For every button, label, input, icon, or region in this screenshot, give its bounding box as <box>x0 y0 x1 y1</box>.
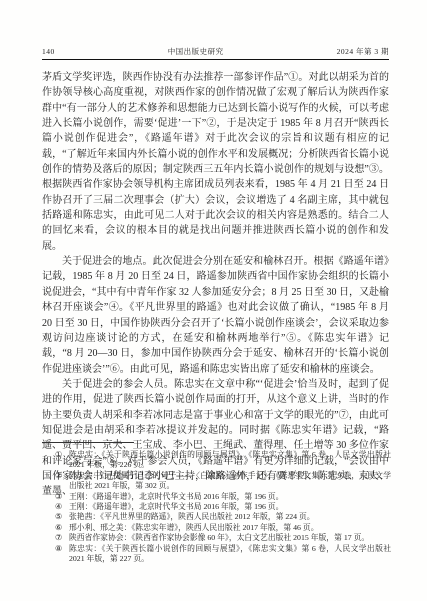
footnote: ⑤张艳茜：《平凡世界里的路遥》，陕西人民出版社 2012 年版，第 224 页。 <box>55 512 391 522</box>
running-head: 140 中国出版史研究 2024 年第 3 期 <box>42 46 389 57</box>
footnote-marker: ⑤ <box>55 512 62 522</box>
footnote-text: 张艳茜：《平凡世界里的路遥》，陕西人民出版社 2012 年版，第 224 页。 <box>69 512 315 521</box>
footnote-text: 陈忠实：《关于陕西长篇小说创作的回顾与展望》，《陈忠实文集》第 6 卷，人民文学… <box>69 544 391 563</box>
footnote-marker: ⑥ <box>55 523 62 533</box>
footnote-marker: ④ <box>55 502 62 512</box>
footnote-marker: ① <box>55 450 62 460</box>
footnote-text: 王刚：《路遥年谱》，北京时代华文书局 2016 年版，第 196 页。 <box>69 492 283 501</box>
footnote-text: 陈忠实：《寻找属于自己的句子——〈白鹿原〉创作手记》，《陈忠实文集》第 9 卷，… <box>69 471 391 490</box>
article-body: 茅盾文学奖评选，陕西作协没有办法推荐一部参评作品”①。对此以胡采为首的作协领导核… <box>42 70 389 500</box>
footnote-text: 王刚：《路遥年谱》，北京时代华文书局 2016 年版，第 196 页。 <box>69 502 283 511</box>
footnote-text: 陈忠实：《关于陕西长篇小说创作的回顾与展望》，《陈忠实文集》第 6 卷，人民文学… <box>69 450 391 469</box>
paragraph: 茅盾文学奖评选，陕西作协没有办法推荐一部参评作品”①。对此以胡采为首的作协领导核… <box>42 70 389 254</box>
footnote: ⑦陕西省作家协会：《陕西省作家协会影像 60 年》，太白文艺出版社 2015 年… <box>55 533 391 543</box>
footnote-marker: ③ <box>55 492 62 502</box>
footnote: ④王刚：《路遥年谱》，北京时代华文书局 2016 年版，第 196 页。 <box>55 502 391 512</box>
footnote: ①陈忠实：《关于陕西长篇小说创作的回顾与展望》，《陈忠实文集》第 6 卷，人民文… <box>55 450 391 471</box>
footnote-marker: ② <box>55 471 62 481</box>
footnotes: ①陈忠实：《关于陕西长篇小说创作的回顾与展望》，《陈忠实文集》第 6 卷，人民文… <box>55 450 391 564</box>
page-number: 140 <box>42 47 55 56</box>
footnote-marker: ⑦ <box>55 533 62 543</box>
footnote-separator <box>42 442 134 443</box>
footnote: ②陈忠实：《寻找属于自己的句子——〈白鹿原〉创作手记》，《陈忠实文集》第 9 卷… <box>55 471 391 492</box>
footnote-marker: ⑧ <box>55 544 62 554</box>
paragraph: 关于促进会的地点。此次促进会分别在延安和榆林召开。根据《路遥年谱》记载，1985… <box>42 254 389 377</box>
header-rule <box>42 59 389 60</box>
issue-info: 2024 年第 3 期 <box>337 46 389 57</box>
footnote-text: 邢小利、邢之美：《陈忠实年谱》，陕西人民出版社 2017 年版，第 46 页。 <box>69 523 319 532</box>
journal-page: 140 中国出版史研究 2024 年第 3 期 茅盾文学奖评选，陕西作协没有办法… <box>0 0 427 601</box>
footnote: ③王刚：《路遥年谱》，北京时代华文书局 2016 年版，第 196 页。 <box>55 492 391 502</box>
footnote-text: 陕西省作家协会：《陕西省作家协会影像 60 年》，太白文艺出版社 2015 年版… <box>69 533 369 542</box>
footnote: ⑧陈忠实：《关于陕西长篇小说创作的回顾与展望》，《陈忠实文集》第 6 卷，人民文… <box>55 544 391 565</box>
journal-title: 中国出版史研究 <box>55 46 337 57</box>
footnote: ⑥邢小利、邢之美：《陈忠实年谱》，陕西人民出版社 2017 年版，第 46 页。 <box>55 523 391 533</box>
